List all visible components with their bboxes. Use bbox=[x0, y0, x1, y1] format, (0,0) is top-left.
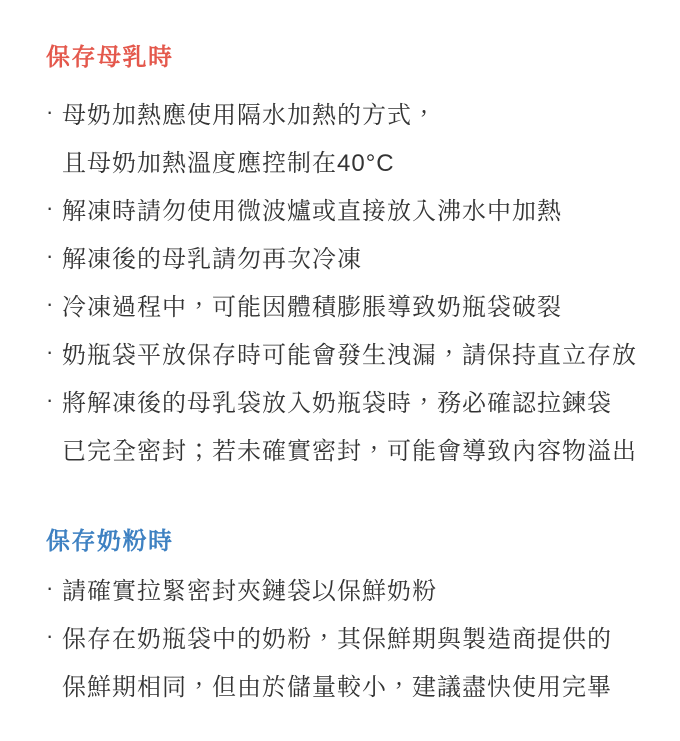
bullet-dot: · bbox=[46, 328, 62, 376]
bullet-dot: · bbox=[46, 280, 62, 328]
breastmilk-section-body: · 母奶加熱應使用隔水加熱的方式， 且母奶加熱溫度應控制在40°C · 解凍時請… bbox=[46, 88, 650, 472]
list-item: · 將解凍後的母乳袋放入奶瓶袋時，務必確認拉鍊袋 bbox=[46, 376, 650, 424]
formula-section-body: · 請確實拉緊密封夾鏈袋以保鮮奶粉 · 保存在奶瓶袋中的奶粉，其保鮮期與製造商提… bbox=[46, 564, 650, 708]
list-item-text: 保鮮期相同，但由於儲量較小，建議盡快使用完畢 bbox=[62, 667, 612, 702]
list-item: · 母奶加熱應使用隔水加熱的方式， bbox=[46, 88, 650, 136]
bullet-dot: · bbox=[46, 376, 62, 424]
bullet-dot: · bbox=[46, 184, 62, 232]
list-item: · 冷凍過程中，可能因體積膨脹導致奶瓶袋破裂 bbox=[46, 280, 650, 328]
list-item: · 保存在奶瓶袋中的奶粉，其保鮮期與製造商提供的 bbox=[46, 612, 650, 660]
list-item: · 奶瓶袋平放保存時可能會發生洩漏，請保持直立存放 bbox=[46, 328, 650, 376]
section-divider-space bbox=[46, 472, 650, 528]
list-item-continuation: 且母奶加熱溫度應控制在40°C bbox=[46, 136, 650, 184]
list-item-text: 保存在奶瓶袋中的奶粉，其保鮮期與製造商提供的 bbox=[62, 619, 612, 654]
breastmilk-section-heading: 保存母乳時 bbox=[46, 44, 650, 72]
list-item-text: 解凍後的母乳請勿再次冷凍 bbox=[62, 239, 362, 274]
formula-section-heading: 保存奶粉時 bbox=[46, 528, 650, 556]
list-item-text: 奶瓶袋平放保存時可能會發生洩漏，請保持直立存放 bbox=[62, 335, 637, 370]
bullet-dot: · bbox=[46, 612, 62, 660]
list-item: · 解凍時請勿使用微波爐或直接放入沸水中加熱 bbox=[46, 184, 650, 232]
list-item: · 解凍後的母乳請勿再次冷凍 bbox=[46, 232, 650, 280]
list-item-text: 冷凍過程中，可能因體積膨脹導致奶瓶袋破裂 bbox=[62, 287, 562, 322]
list-item-text: 且母奶加熱溫度應控制在40°C bbox=[62, 143, 395, 178]
list-item-text: 解凍時請勿使用微波爐或直接放入沸水中加熱 bbox=[62, 191, 562, 226]
list-item-text: 母奶加熱應使用隔水加熱的方式， bbox=[62, 95, 437, 130]
bullet-dot: · bbox=[46, 232, 62, 280]
list-item: · 請確實拉緊密封夾鏈袋以保鮮奶粉 bbox=[46, 564, 650, 612]
bullet-dot: · bbox=[46, 88, 62, 136]
list-item-text: 將解凍後的母乳袋放入奶瓶袋時，務必確認拉鍊袋 bbox=[62, 383, 612, 418]
list-item-text: 請確實拉緊密封夾鏈袋以保鮮奶粉 bbox=[62, 571, 437, 606]
list-item-text: 已完全密封；若未確實密封，可能會導致內容物溢出 bbox=[62, 431, 637, 466]
list-item-continuation: 已完全密封；若未確實密封，可能會導致內容物溢出 bbox=[46, 424, 650, 472]
list-item-continuation: 保鮮期相同，但由於儲量較小，建議盡快使用完畢 bbox=[46, 660, 650, 708]
instructions-page: 保存母乳時 · 母奶加熱應使用隔水加熱的方式， 且母奶加熱溫度應控制在40°C … bbox=[0, 0, 680, 741]
bullet-dot: · bbox=[46, 564, 62, 612]
